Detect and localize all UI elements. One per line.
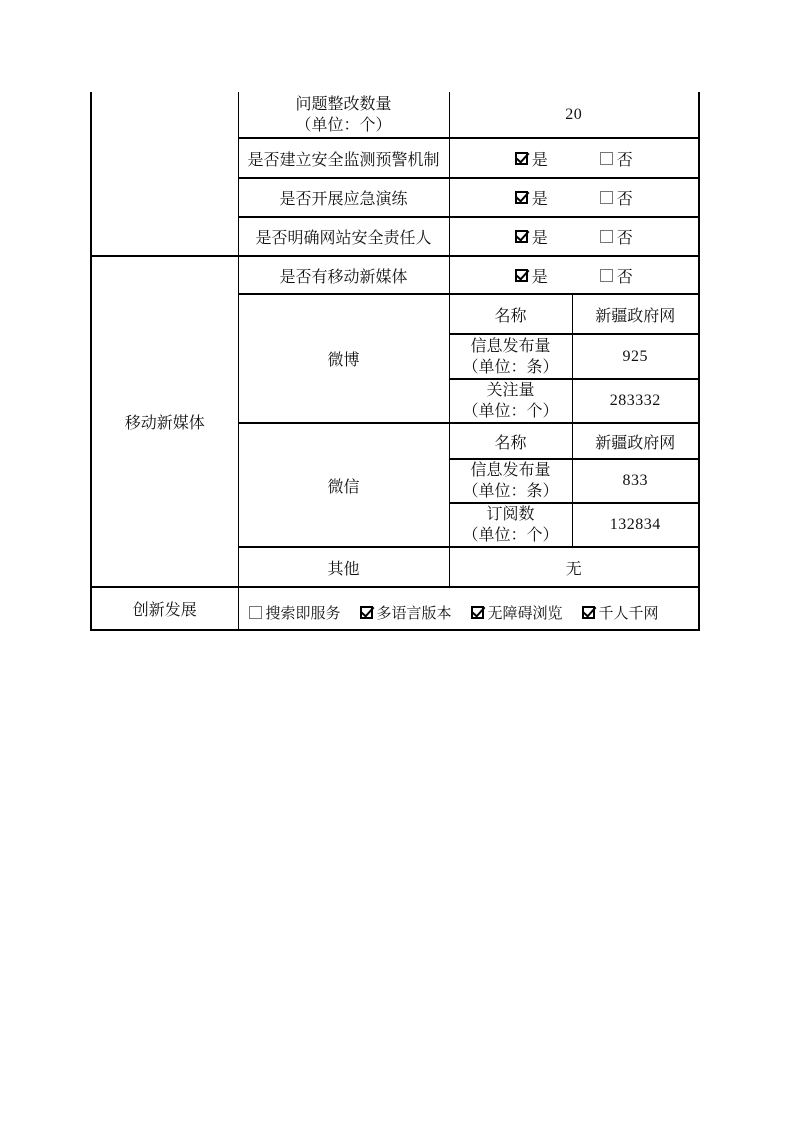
no-checkbox-icon [600, 191, 613, 204]
report-page: 问题整改数量 （单位：个） 20 是否建立安全监测预警机制 是 否 是否开展应急… [0, 0, 793, 1122]
yes-option-label: 是 [532, 264, 548, 287]
personalization-checkbox-icon [582, 606, 595, 619]
yes-option-label: 是 [532, 225, 548, 248]
rectify-count-label-line2: （单位：个） [239, 115, 449, 136]
weibo-followers-label-line2: （单位：个） [450, 401, 572, 422]
no-checkbox-icon [600, 269, 613, 282]
other-media-label: 其他 [238, 547, 449, 587]
mobile-media-section-label: 移动新媒体 [91, 256, 238, 587]
emergency-drill-answer-cell: 是 否 [449, 178, 699, 217]
accessibility-checkbox-icon [471, 606, 484, 619]
wechat-publish-value: 833 [572, 459, 699, 503]
yes-checkbox-icon [515, 230, 528, 243]
wechat-subscribers-label-cell: 订阅数 （单位：个） [449, 503, 572, 547]
multilingual-checkbox-icon [360, 606, 373, 619]
weibo-publish-label-line2: （单位：条） [450, 357, 572, 378]
has-mobile-media-label: 是否有移动新媒体 [238, 256, 449, 294]
weibo-publish-label-cell: 信息发布量 （单位：条） [449, 334, 572, 379]
weibo-publish-value: 925 [572, 334, 699, 379]
has-mobile-media-answer-cell: 是 否 [449, 256, 699, 294]
monitor-warning-answer-cell: 是 否 [449, 138, 699, 178]
no-option-label: 否 [617, 186, 633, 209]
other-media-value: 无 [449, 547, 699, 587]
table-row: 创新发展 搜索即服务 多语言版本 无障碍浏览 千人千网 [91, 587, 699, 630]
search-as-service-label: 搜索即服务 [266, 602, 341, 623]
table-row: 移动新媒体 是否有移动新媒体 是 否 [91, 256, 699, 294]
rectify-count-label-line1: 问题整改数量 [239, 94, 449, 115]
weibo-followers-value: 283332 [572, 379, 699, 423]
weibo-followers-label-line1: 关注量 [450, 380, 572, 401]
weibo-label: 微博 [238, 294, 449, 423]
no-checkbox-icon [600, 152, 613, 165]
wechat-name-value: 新疆政府网 [572, 423, 699, 459]
innovation-section-label: 创新发展 [91, 587, 238, 630]
no-checkbox-icon [600, 230, 613, 243]
yes-option-label: 是 [532, 147, 548, 170]
yes-checkbox-icon [515, 191, 528, 204]
rectify-count-value: 20 [449, 92, 699, 138]
section-label-cell-empty [91, 92, 238, 256]
wechat-subscribers-value: 132834 [572, 503, 699, 547]
yes-checkbox-icon [515, 152, 528, 165]
security-responsible-label: 是否明确网站安全责任人 [238, 217, 449, 256]
weibo-name-value: 新疆政府网 [572, 294, 699, 334]
no-option-label: 否 [617, 147, 633, 170]
table-row: 问题整改数量 （单位：个） 20 [91, 92, 699, 138]
weibo-publish-label-line1: 信息发布量 [450, 336, 572, 357]
personalization-label: 千人千网 [599, 602, 659, 623]
wechat-name-label: 名称 [449, 423, 572, 459]
accessibility-label: 无障碍浏览 [488, 602, 563, 623]
no-option-label: 否 [617, 264, 633, 287]
yes-option-label: 是 [532, 186, 548, 209]
monitor-warning-label: 是否建立安全监测预警机制 [238, 138, 449, 178]
security-responsible-answer-cell: 是 否 [449, 217, 699, 256]
rectify-count-label-cell: 问题整改数量 （单位：个） [238, 92, 449, 138]
wechat-publish-label-line2: （单位：条） [450, 481, 572, 502]
annual-report-table: 问题整改数量 （单位：个） 20 是否建立安全监测预警机制 是 否 是否开展应急… [90, 92, 700, 631]
wechat-subscribers-label-line2: （单位：个） [450, 525, 572, 546]
wechat-publish-label-line1: 信息发布量 [450, 460, 572, 481]
weibo-followers-label-cell: 关注量 （单位：个） [449, 379, 572, 423]
wechat-publish-label-cell: 信息发布量 （单位：条） [449, 459, 572, 503]
search-as-service-checkbox-icon [249, 606, 262, 619]
no-option-label: 否 [617, 225, 633, 248]
weibo-name-label: 名称 [449, 294, 572, 334]
innovation-options-cell: 搜索即服务 多语言版本 无障碍浏览 千人千网 [238, 587, 699, 630]
wechat-subscribers-label-line1: 订阅数 [450, 504, 572, 525]
wechat-label: 微信 [238, 423, 449, 547]
yes-checkbox-icon [515, 269, 528, 282]
emergency-drill-label: 是否开展应急演练 [238, 178, 449, 217]
multilingual-label: 多语言版本 [377, 602, 452, 623]
